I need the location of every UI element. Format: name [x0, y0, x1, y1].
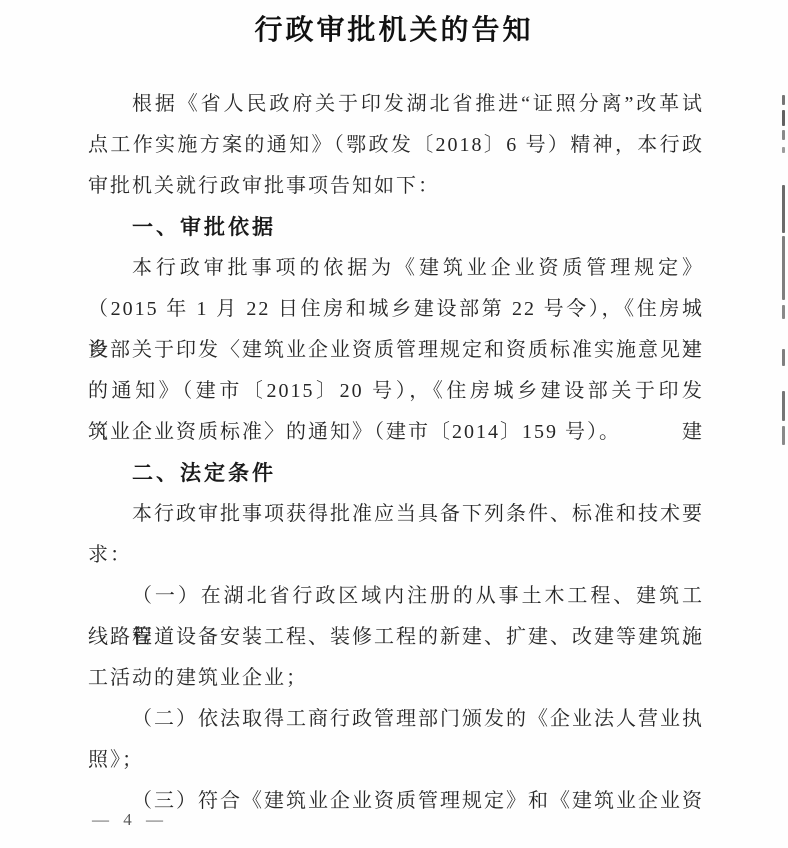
text-line: 设部关于印发〈建筑业企业资质管理规定和资质标准实施意见〉 [88, 330, 704, 371]
text-line: （二）依法取得工商行政管理部门颁发的《企业法人营业执 [88, 699, 704, 740]
document-title: 行政审批机关的告知 [0, 8, 788, 48]
text-line: （三）符合《建筑业企业资质管理规定》和《建筑业企业资 [88, 781, 704, 822]
text-line: 照》； [88, 740, 704, 781]
text-line: 线路管道设备安装工程、装修工程的新建、扩建、改建等建筑施 [88, 617, 704, 658]
text-line: 本行政审批事项获得批准应当具备下列条件、标准和技术要 [88, 494, 704, 535]
scanned-document-page: 行政审批机关的告知 根据《省人民政府关于印发湖北省推进“证照分离”改革试点工作实… [0, 0, 788, 848]
scan-mark [782, 147, 785, 153]
document-lines: 根据《省人民政府关于印发湖北省推进“证照分离”改革试点工作实施方案的通知》（鄂政… [88, 84, 704, 822]
text-line: 求： [88, 535, 704, 576]
text-line: 本行政审批事项的依据为《建筑业企业资质管理规定》 [88, 248, 704, 289]
scan-mark [782, 349, 785, 366]
scan-artifact-edge-marks [780, 0, 788, 848]
scan-mark [782, 426, 785, 445]
scan-mark [782, 130, 785, 140]
page-number: — 4 — [92, 810, 168, 830]
scan-mark [782, 110, 785, 126]
text-line: 审批机关就行政审批事项告知如下： [88, 166, 704, 207]
text-line: 筑业企业资质标准〉的通知》（建市〔2014〕159 号）。 [88, 412, 704, 453]
scan-mark [782, 236, 785, 300]
section-heading: 一、审批依据 [88, 207, 704, 248]
text-line: 点工作实施方案的通知》（鄂政发〔2018〕6 号）精神，本行政 [88, 125, 704, 166]
text-line: （2015 年 1 月 22 日住房和城乡建设部第 22 号令），《住房城乡建 [88, 289, 704, 330]
text-line: （一）在湖北省行政区域内注册的从事土木工程、建筑工程、 [88, 576, 704, 617]
scan-mark [782, 95, 785, 105]
text-line: 工活动的建筑业企业； [88, 658, 704, 699]
text-line: 的通知》（建市〔2015〕20 号），《住房城乡建设部关于印发〈建 [88, 371, 704, 412]
text-line: 根据《省人民政府关于印发湖北省推进“证照分离”改革试 [88, 84, 704, 125]
scan-mark [782, 305, 785, 319]
scan-mark [782, 185, 785, 233]
scan-mark [782, 391, 785, 421]
section-heading: 二、法定条件 [88, 453, 704, 494]
